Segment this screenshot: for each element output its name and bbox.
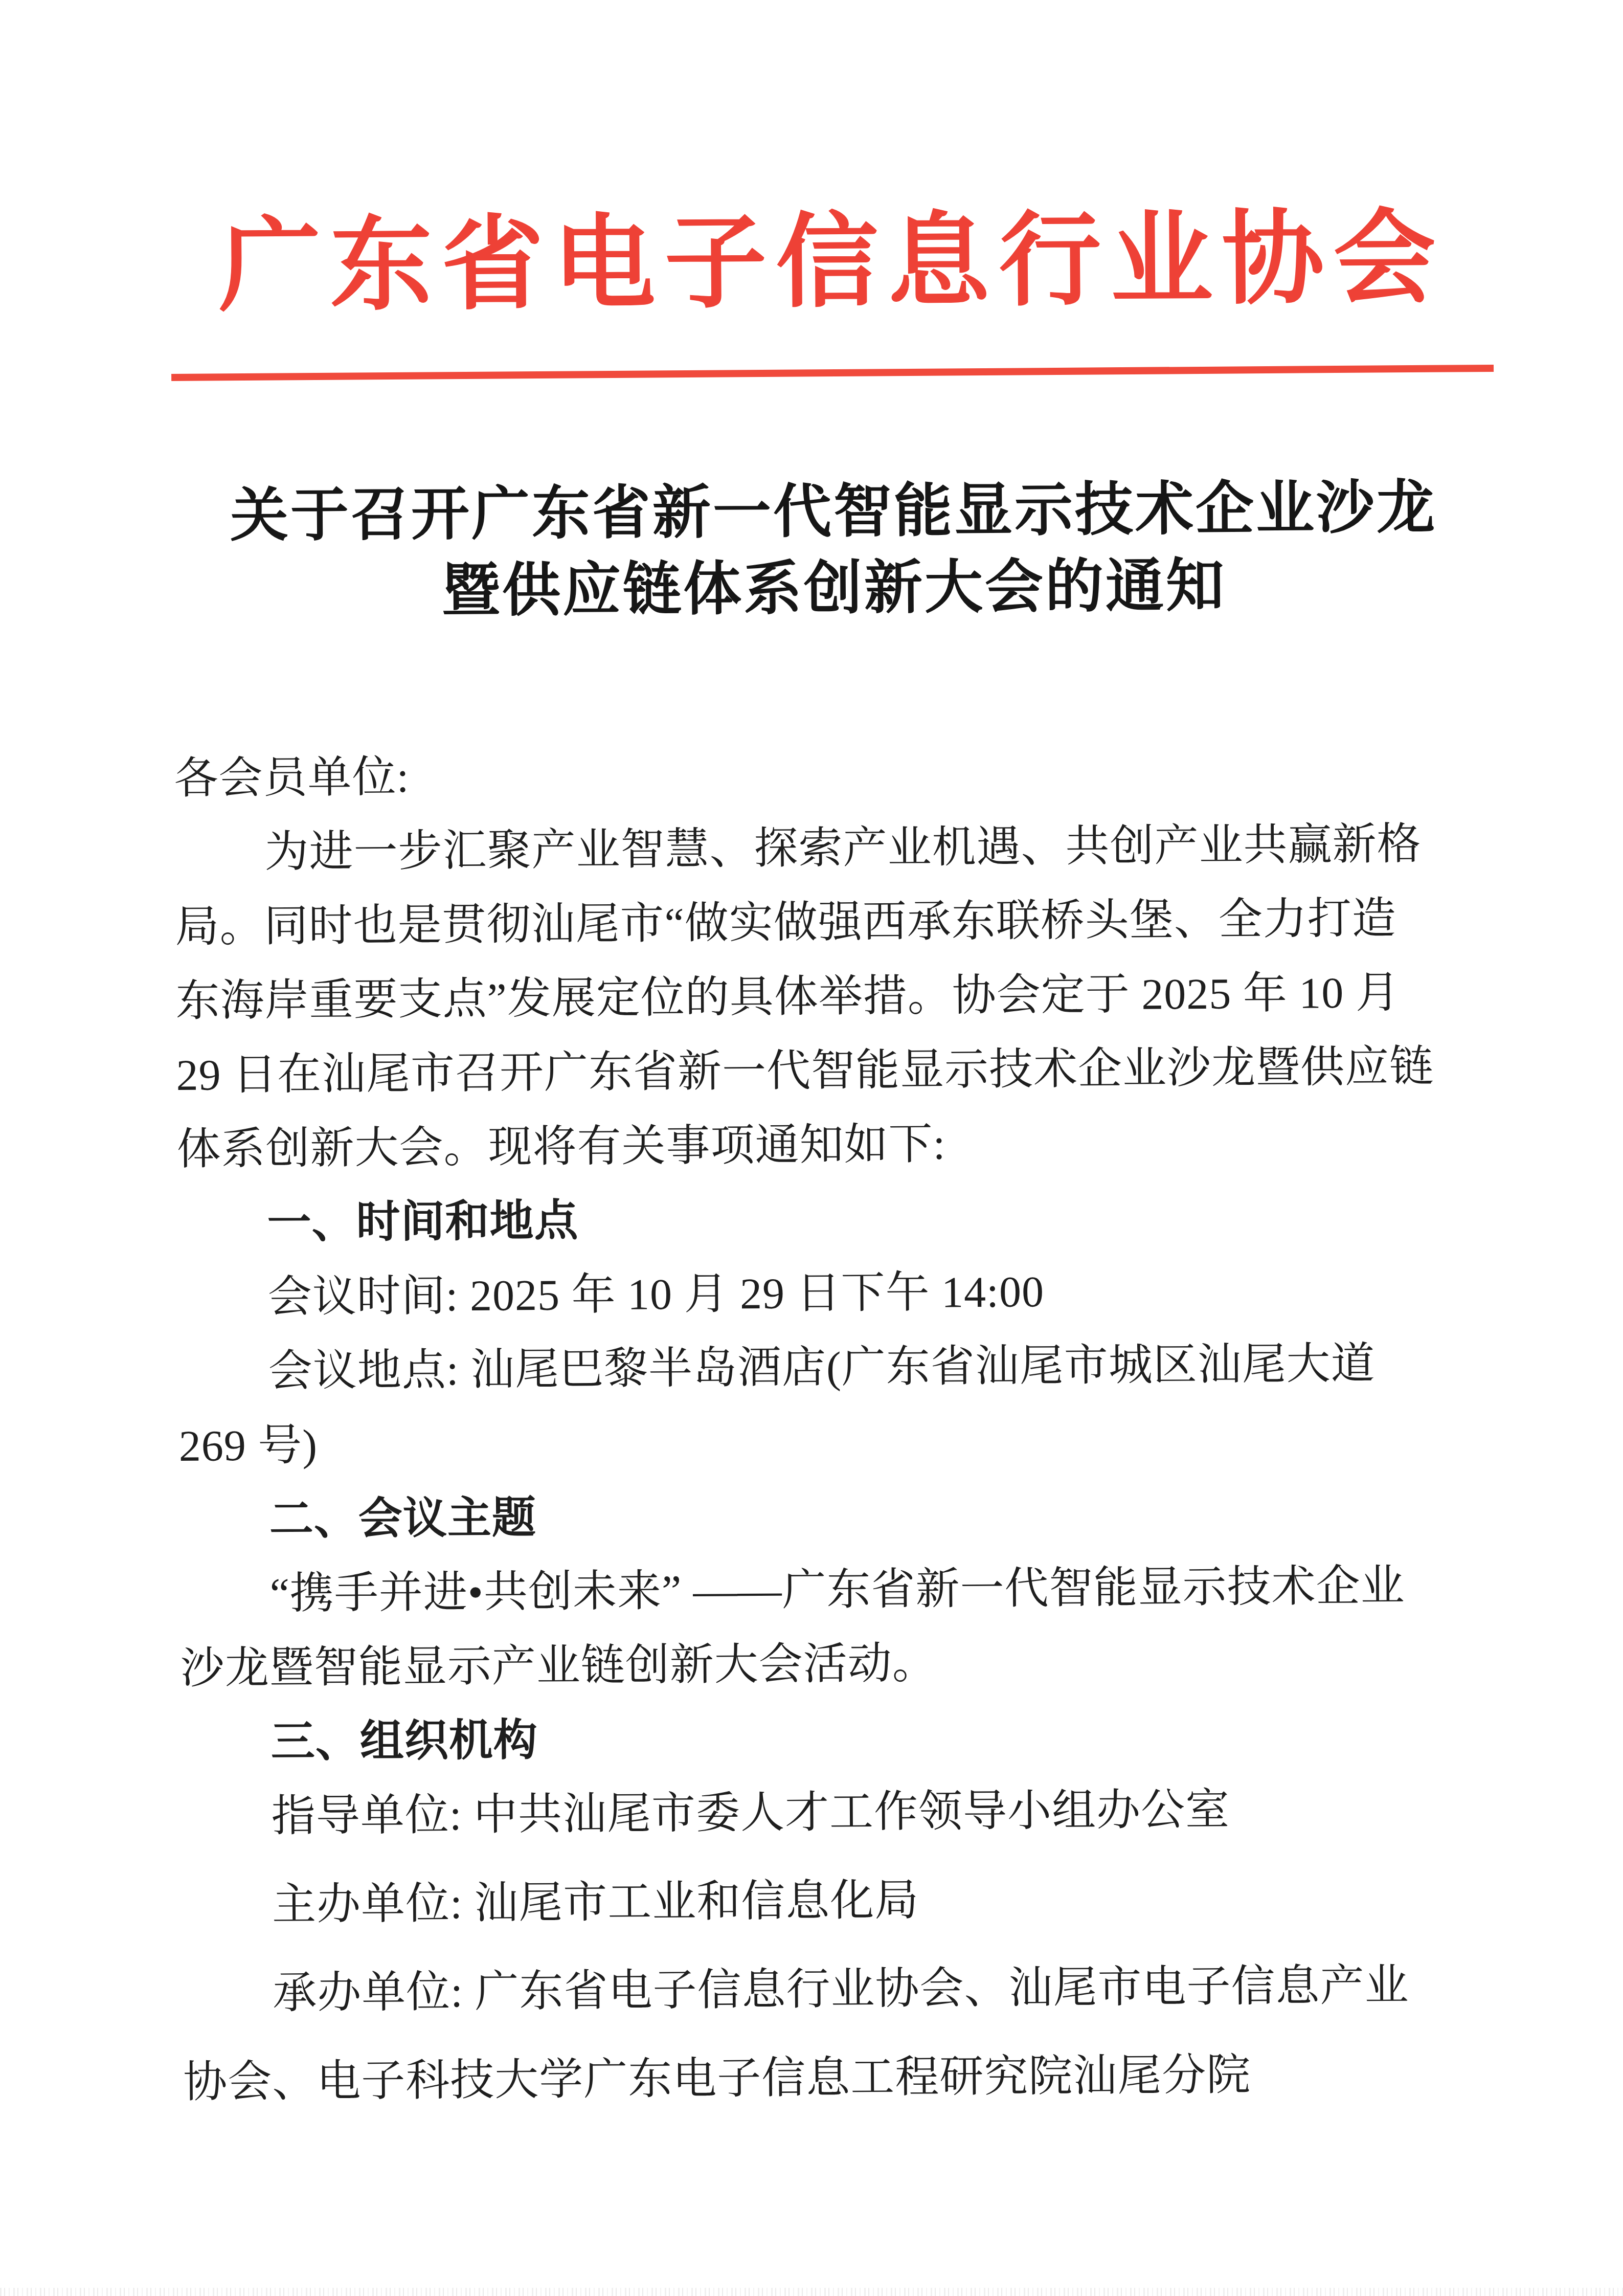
scanned-notice-page: 广东省电子信息行业协会 关于召开广东省新一代智能显示技术企业沙龙 暨供应链体系创… [0,0,1623,2296]
meeting-time-line: 会议时间: 2025 年 10 月 29 日下午 14:00 [177,1252,1500,1335]
body-line: 29 日在汕尾市召开广东省新一代智能显示技术企业沙龙暨供应链 [176,1029,1499,1112]
organizer-unit-continuation: 协会、电子科技大学广东电子信息工程研究院汕尾分院 [183,2036,1506,2120]
body-line: 东海岸重要支点”发展定位的具体举措。协会定于 2025 年 10 月 [175,955,1498,1038]
letterhead-divider-line [171,365,1494,381]
notice-title-line2: 暨供应链体系创新大会的通知 [173,546,1496,632]
salutation: 各会员单位: [174,732,1497,816]
notice-title: 关于召开广东省新一代智能显示技术企业沙龙 暨供应链体系创新大会的通知 [172,469,1495,632]
meeting-location-line: 会议地点: 汕尾巴黎半岛酒店(广东省汕尾市城区汕尾大道 [178,1326,1501,1409]
document-content: 广东省电子信息行业协会 关于召开广东省新一代智能显示技术企业沙龙 暨供应链体系创… [169,0,1506,2120]
meeting-topic-continuation: 沙龙暨智能显示产业链创新大会活动。 [180,1622,1503,1706]
meeting-location-continuation: 269 号) [178,1400,1501,1483]
guiding-unit-line: 指导单位: 中共汕尾市委人才工作领导小组办公室 [181,1771,1504,1854]
meeting-topic-line: “携手并进•共创未来” ——广东省新一代智能显示技术企业 [179,1548,1502,1632]
section-heading-topic: 二、会议主题 [179,1474,1502,1557]
host-unit-line: 主办单位: 汕尾市工业和信息化局 [182,1859,1504,1943]
notice-title-line1: 关于召开广东省新一代智能显示技术企业沙龙 [172,469,1495,555]
notice-body: 各会员单位: 为进一步汇聚产业智慧、探索产业机遇、共创产业共赢新格 局。同时也是… [174,732,1506,2120]
body-line: 体系创新大会。现将有关事项通知如下: [176,1103,1499,1187]
scan-edge-artifact [0,2288,1623,2296]
body-line: 局。同时也是贯彻汕尾市“做实做强西承东联桥头堡、全力打造 [175,881,1498,964]
body-line: 为进一步汇聚产业智慧、探索产业机遇、共创产业共赢新格 [174,807,1497,890]
section-heading-time-location: 一、时间和地点 [177,1177,1500,1261]
organizer-unit-line: 承办单位: 广东省电子信息行业协会、汕尾市电子信息产业 [183,1948,1505,2031]
letterhead-org-title: 广东省电子信息行业协会 [170,200,1494,327]
section-heading-organization: 三、组织机构 [181,1697,1503,1780]
